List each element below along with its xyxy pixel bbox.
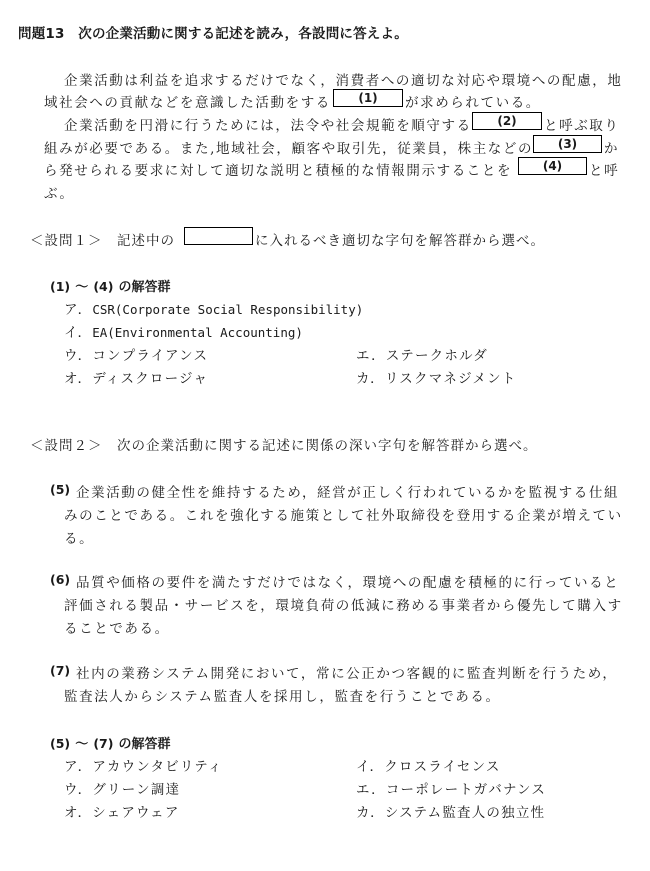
question-title: 問題13 次の企業活動に関する記述を読み，各設問に答えよ。 (18, 22, 408, 42)
blank-box-sample (184, 227, 253, 245)
q2-option-ka[interactable]: カ．システム監査人の独立性 (356, 801, 545, 821)
blank-box-4: (4) (518, 157, 587, 175)
passage-line-4b: か (604, 137, 619, 157)
passage-line-3a: 企業活動を円滑に行うためには，法令や社会規範を順守する (64, 114, 472, 134)
q2-item-6-number: (6) (50, 572, 70, 587)
q2-option-a[interactable]: ア．アカウンタビリティ (64, 755, 223, 775)
q1-option-o[interactable]: オ．ディスクロージャ (64, 367, 208, 387)
passage-line-4a: 組みが必要である。また,地域社会，顧客や取引先，従業員，株主などの (44, 137, 533, 157)
blank-box-1: (1) (333, 89, 403, 107)
q2-item-5-line-1: 企業活動の健全性を維持するため，経営が正しく行われているかを監視する仕組 (76, 481, 619, 501)
q1-option-e[interactable]: エ．ステークホルダ (356, 344, 488, 364)
passage-line-5a: ら発せられる要求に対して適切な説明と積極的な情報開示することを (44, 159, 512, 179)
q2-item-7-line-1: 社内の業務システム開発において，常に公正かつ客観的に監査判断を行うため， (76, 662, 617, 682)
passage-line-5b: と呼 (589, 159, 619, 179)
q2-item-6-line-2: 評価される製品・サービスを，環境負荷の低減に務める事業者から優先して購入す (64, 594, 623, 614)
passage-line-1: 企業活動は利益を追求するだけでなく，消費者への適切な対応や環境への配慮，地 (64, 69, 622, 89)
q2-item-5-number: (5) (50, 482, 70, 497)
passage-line-6: ぶ。 (44, 182, 74, 202)
q2-item-7-line-2: 監査法人からシステム監査人を採用し，監査を行うことである。 (64, 685, 501, 705)
blank-box-3: (3) (533, 135, 602, 153)
q1-option-ka[interactable]: カ．リスクマネジメント (356, 367, 517, 387)
q1-option-i[interactable]: イ．EA(Environmental Accounting) (64, 321, 303, 341)
q2-item-6-line-1: 品質や価格の要件を満たすだけではなく，環境への配慮を積極的に行っていると (76, 571, 619, 591)
passage-line-2a: 域社会への貢献などを意識した活動をする (44, 91, 331, 111)
q2-item-5-line-3: る。 (64, 527, 94, 547)
q1-option-a[interactable]: ア．CSR(Corporate Social Responsibility) (64, 298, 363, 318)
q2-heading: ＜設問２＞ 次の企業活動に関する記述に関係の深い字句を解答群から選べ。 (30, 434, 538, 454)
q1-option-u[interactable]: ウ．コンプライアンス (64, 344, 208, 364)
q1-answer-group-title: (1) ～ (4) の解答群 (50, 276, 171, 295)
blank-box-2: (2) (472, 112, 542, 130)
q2-option-e[interactable]: エ．コーポレートガバナンス (356, 778, 546, 798)
q1-heading-a: ＜設問１＞ 記述中の (30, 229, 175, 249)
passage-line-3b: と呼ぶ取り (544, 114, 620, 134)
q2-answer-group-title: (5) ～ (7) の解答群 (50, 733, 171, 752)
q1-heading-b: に入れるべき適切な字句を解答群から選べ。 (255, 229, 545, 249)
q2-option-u[interactable]: ウ．グリーン調達 (64, 778, 180, 798)
q2-item-5-line-2: みのことである。これを強化する施策として社外取締役を登用する企業が増えてい (64, 504, 623, 524)
q2-item-6-line-3: ることである。 (64, 617, 170, 637)
q2-item-7-number: (7) (50, 663, 70, 678)
q2-option-o[interactable]: オ．シェアウェア (64, 801, 180, 821)
q2-option-i[interactable]: イ．クロスライセンス (356, 755, 501, 775)
passage-line-2b: が求められている。 (405, 91, 541, 111)
